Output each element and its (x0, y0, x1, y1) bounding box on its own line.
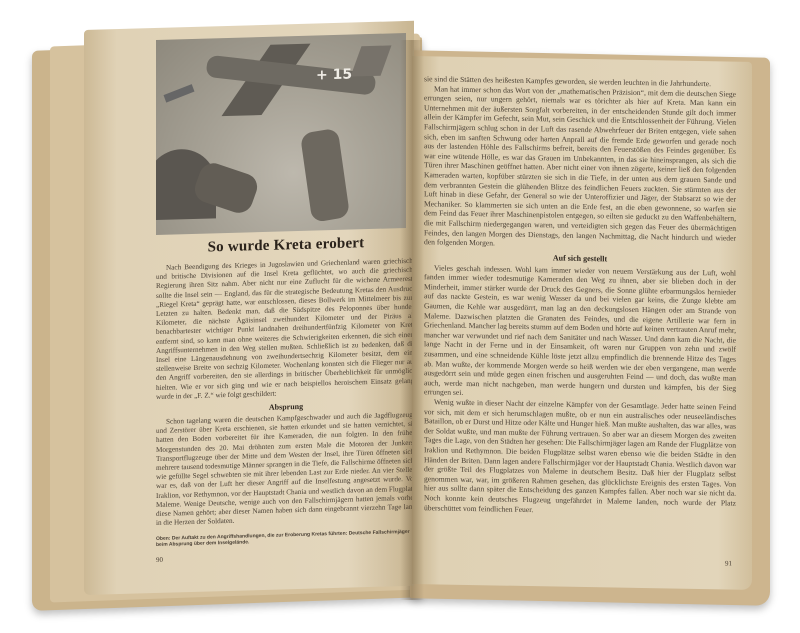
image-caption: Oben: Der Auftakt zu den Angriffshandlun… (156, 529, 416, 548)
left-page-text: So wurde Kreta erobert Nach Beendigung d… (156, 234, 416, 565)
left-page: + 15 So wurde Kreta erobert Nach Beendig… (84, 21, 414, 595)
plane-tail-shape (351, 45, 392, 76)
paratrooper-figure (300, 128, 350, 223)
paratrooper-illustration: + 15 (156, 33, 406, 235)
intro-paragraph: Nach Beendigung des Krieges in Jugoslawi… (156, 257, 416, 402)
paragraph: Man hat immer schon das Wort von der „ma… (424, 84, 736, 253)
open-book: + 15 So wurde Kreta erobert Nach Beendig… (0, 0, 800, 633)
book-gutter (400, 40, 424, 600)
aircraft-marking: + 15 (316, 67, 352, 84)
right-page-text: sie sind die Stätten des heißesten Kampf… (424, 74, 736, 518)
right-page: sie sind die Stätten des heißesten Kampf… (412, 56, 752, 590)
article-title: So wurde Kreta erobert (156, 234, 416, 258)
page-number: 91 (725, 559, 732, 567)
page-number: 90 (156, 549, 416, 564)
small-plane-shape (164, 84, 195, 102)
section-paragraph: Schon tagelang waren die deutschen Kampf… (156, 411, 416, 529)
paragraph: Wenig wußte in dieser Nacht der einzelne… (424, 397, 736, 518)
paragraph: Vieles geschah indessen. Wohl kam immer … (424, 263, 736, 403)
